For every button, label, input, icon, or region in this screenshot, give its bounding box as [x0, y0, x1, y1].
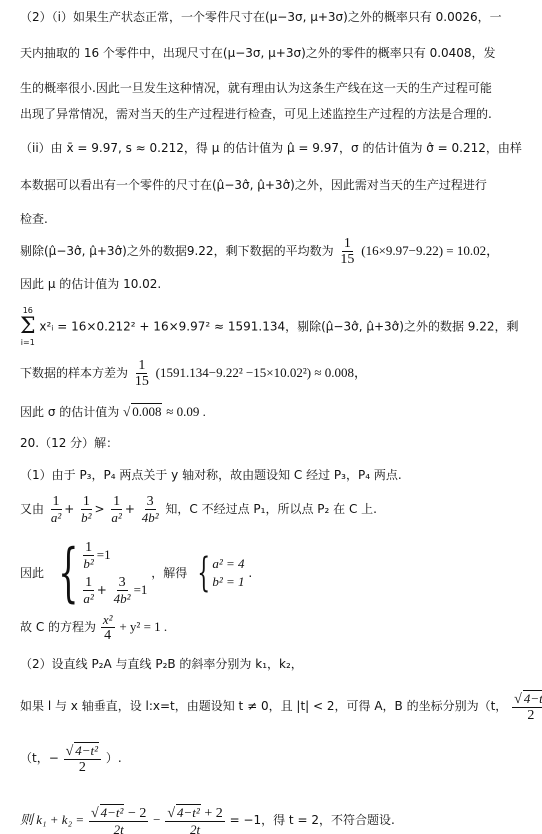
q20-part2-line-4: 则 k₁ + k₂ = √4−t² − 22t − √4−t² + 22t = …	[20, 804, 395, 834]
summation: 16 Σ i=1	[20, 306, 36, 348]
fraction: √4−t² + 22t	[165, 804, 224, 834]
q20-part2-line-1: （2）设直线 P₂A 与直线 P₂B 的斜率分别为 k₁，k₂，	[20, 656, 303, 672]
fraction: √4−t² − 22t	[89, 804, 148, 834]
radicand: 4−t²	[523, 690, 542, 706]
denominator: b²	[81, 556, 95, 571]
radicand: 4−t²	[176, 804, 201, 820]
equation: 1b²=1	[80, 540, 147, 571]
denominator: 4b²	[140, 510, 161, 525]
denominator: b²	[79, 510, 93, 525]
text: + y² = 1 .	[119, 619, 167, 634]
text: 如果 l 与 x 轴垂直，设 l:x=t，由题设知 t ≠ 0，且 |t| < …	[20, 699, 507, 713]
part-ii-line-6: 16 Σ i=1 x²ᵢ = 16×0.212² + 16×9.97² ≈ 15…	[20, 306, 518, 348]
fraction: √4−t²2	[512, 690, 542, 723]
sqrt-expression: √0.008	[123, 404, 162, 419]
denominator: 15	[338, 252, 356, 267]
sum-lower-limit: i=1	[21, 338, 35, 348]
denominator: 2t	[188, 822, 202, 834]
equation-system-2: a² = 4 b² = 1	[212, 555, 244, 591]
trim-text: 剔除(μ̂−3σ̂, μ̂+3σ̂)之外的数据9.22，剩下数据的平均数为	[20, 244, 334, 258]
q20-heading: 20.（12 分）解：	[20, 435, 118, 451]
denominator: 2	[525, 708, 536, 723]
fraction: 1b²	[79, 494, 93, 525]
part-i-line-4: 出现了异常情况，需对当天的生产过程进行检查，可见上述监控生产过程的方法是合理的.	[20, 106, 492, 122]
denominator: a²	[81, 591, 95, 606]
part-ii-line-7: 下数据的样本方差为 1 15 (1591.134−9.22² −15×10.02…	[20, 358, 367, 389]
numerator: 3	[117, 575, 128, 591]
text: （t，−	[20, 751, 59, 765]
denominator: a²	[49, 510, 63, 525]
equation: 1a²+ 34b²=1	[80, 575, 147, 606]
denominator: 4	[102, 628, 113, 643]
q20-part2-line-3: （t，− √4−t²2 ）.	[20, 742, 122, 775]
text: ）.	[106, 751, 122, 765]
rhs: =1	[134, 582, 148, 597]
numerator: 1	[51, 494, 62, 510]
text: 知，C 不经过点 P₁，所以点 P₂ 在 C 上.	[165, 502, 377, 516]
part-ii-line-5: 因此 μ 的估计值为 10.02.	[20, 276, 161, 292]
text: 则 k₁ + k₂ =	[20, 812, 84, 827]
text: .	[248, 566, 252, 580]
numerator: 1	[81, 494, 92, 510]
part-ii-line-1: （ii）由 x̄ = 9.97, s ≈ 0.212，得 μ 的估计值为 μ̂ …	[20, 140, 522, 156]
numerator: 3	[145, 494, 156, 510]
part-i-line-2: 天内抽取的 16 个零件中，出现尺寸在(μ−3σ, μ+3σ)之外的零件的概率只…	[20, 45, 496, 61]
q20-part2-line-2: 如果 l 与 x 轴垂直，设 l:x=t，由题设知 t ≠ 0，且 |t| < …	[20, 690, 542, 723]
text: 故 C 的方程为	[20, 620, 96, 634]
rhs: =1	[97, 547, 111, 562]
numerator: x²	[101, 612, 115, 628]
left-brace-icon: {	[58, 541, 78, 605]
denominator: 15	[133, 374, 151, 389]
text: 又由	[20, 502, 44, 516]
variance-expression: (1591.134−9.22² −15×10.02²) ≈ 0.008，	[156, 365, 367, 380]
part-ii-line-2: 本数据可以看出有一个零件的尺寸在(μ̂−3σ̂, μ̂+3σ̂)之外，因此需对当…	[20, 177, 487, 193]
fraction: 1a²	[49, 494, 63, 525]
q20-part1-line-4: 故 C 的方程为 x²4 + y² = 1 .	[20, 612, 167, 643]
numerator: 1	[83, 575, 94, 591]
numerator-rest: + 2	[201, 806, 223, 821]
part-i-line-1: （2）（i）如果生产状态正常，一个零件尺寸在(μ−3σ, μ+3σ)之外的概率只…	[20, 9, 502, 25]
fraction: √4−t²2	[64, 742, 101, 775]
part-ii-line-4: 剔除(μ̂−3σ̂, μ̂+3σ̂)之外的数据9.22，剩下数据的平均数为 1 …	[20, 236, 499, 267]
numerator-rest: − 2	[124, 806, 146, 821]
variance-label: 下数据的样本方差为	[20, 366, 128, 380]
sigma-estimate-value: ≈ 0.09 .	[166, 404, 206, 419]
denominator: a²	[109, 510, 123, 525]
sum-expression: x²ᵢ = 16×0.212² + 16×9.97² ≈ 1591.134，剔除…	[39, 320, 518, 334]
numerator: 1	[342, 236, 353, 252]
sigma-estimate-label: 因此 σ 的估计值为	[20, 405, 123, 419]
fraction: 1a²	[109, 494, 123, 525]
fraction: 1 15	[133, 358, 151, 389]
fraction: 1 15	[338, 236, 356, 267]
radicand: 4−t²	[100, 804, 125, 820]
text: ，解得	[151, 566, 187, 580]
equation: a² = 4	[212, 555, 244, 573]
text: 因此	[20, 566, 44, 580]
radicand: 4−t²	[74, 742, 99, 758]
mean-expression: (16×9.97−9.22) = 10.02，	[361, 243, 499, 258]
equation: b² = 1	[212, 573, 244, 591]
denominator: 4b²	[112, 591, 133, 606]
minus: −	[153, 812, 160, 827]
q20-part1-line-3: 因此 { 1b²=1 1a²+ 34b²=1 ，解得 { a² = 4 b² =…	[20, 540, 252, 606]
numerator: 1	[111, 494, 122, 510]
fraction: 34b²	[140, 494, 161, 525]
part-ii-line-8: 因此 σ 的估计值为 √0.008 ≈ 0.09 .	[20, 403, 206, 420]
q20-part1-line-2: 又由 1a²+ 1b²> 1a²+ 34b² 知，C 不经过点 P₁，所以点 P…	[20, 494, 377, 525]
numerator: 1	[83, 540, 94, 556]
radicand: 0.008	[131, 403, 162, 420]
q20-part1-line-1: （1）由于 P₃，P₄ 两点关于 y 轴对称，故由题设知 C 经过 P₃，P₄ …	[20, 467, 402, 483]
equation-system-1: 1b²=1 1a²+ 34b²=1	[80, 540, 147, 606]
fraction: x²4	[101, 612, 115, 643]
numerator: 1	[136, 358, 147, 374]
part-ii-line-3: 检查.	[20, 211, 48, 227]
denominator: 2t	[112, 822, 126, 834]
sigma-icon: Σ	[20, 316, 36, 338]
text: = −1，得 t = 2，不符合题设.	[230, 813, 395, 827]
part-i-line-3: 生的概率很小.因此一旦发生这种情况，就有理由认为这条生产线在这一天的生产过程可能	[20, 80, 492, 96]
left-brace-icon: {	[197, 553, 210, 593]
denominator: 2	[77, 760, 88, 775]
